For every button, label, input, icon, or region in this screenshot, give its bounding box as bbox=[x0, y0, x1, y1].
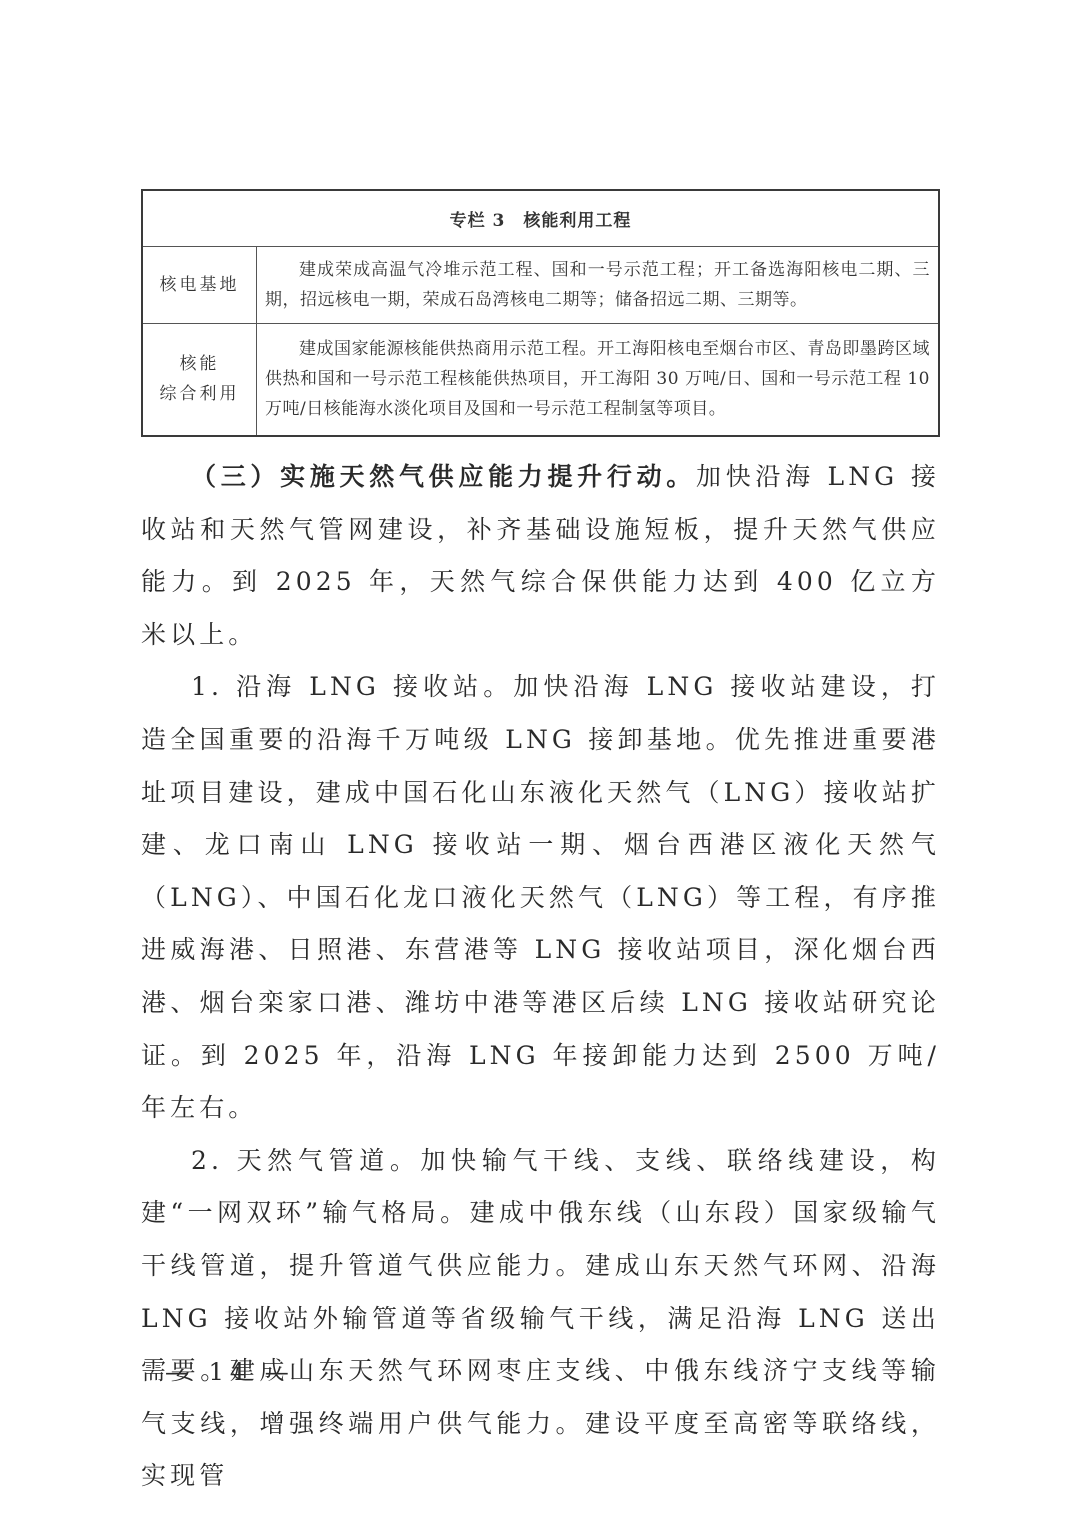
table-row: 核电基地 建成荣成高温气冷堆示范工程、国和一号示范工程；开工备选海阳核电二期、三… bbox=[142, 247, 939, 324]
document-page: 专栏 3核能利用工程 核电基地 建成荣成高温气冷堆示范工程、国和一号示范工程；开… bbox=[0, 0, 1080, 1526]
row-label: 核电基地 bbox=[142, 247, 257, 324]
row-content: 建成荣成高温气冷堆示范工程、国和一号示范工程；开工备选海阳核电二期、三期，招远核… bbox=[257, 247, 940, 324]
row-label-line: 核能 bbox=[143, 349, 256, 379]
row-label-line: 综合利用 bbox=[143, 379, 256, 409]
column-box-nuclear-energy: 专栏 3核能利用工程 核电基地 建成荣成高温气冷堆示范工程、国和一号示范工程；开… bbox=[141, 189, 940, 437]
box-title-prefix: 专栏 3 bbox=[450, 211, 506, 231]
body-text: （三）实施天然气供应能力提升行动。加快沿海 LNG 接收站和天然气管网建设，补齐… bbox=[141, 451, 940, 1503]
item-paragraph: 1. 沿海 LNG 接收站。加快沿海 LNG 接收站建设，打造全国重要的沿海千万… bbox=[141, 661, 940, 1134]
row-label: 核能 综合利用 bbox=[142, 324, 257, 436]
item-paragraph: 2. 天然气管道。加快输气干线、支线、联络线建设，构建“一网双环”输气格局。建成… bbox=[141, 1135, 940, 1503]
row-label-line: 核电基地 bbox=[143, 270, 256, 300]
section-paragraph: （三）实施天然气供应能力提升行动。加快沿海 LNG 接收站和天然气管网建设，补齐… bbox=[141, 451, 940, 661]
box-title-text: 核能利用工程 bbox=[523, 211, 631, 231]
page-number: — 14 — bbox=[165, 1358, 295, 1386]
row-content: 建成国家能源核能供热商用示范工程。开工海阳核电至烟台市区、青岛即墨跨区域供热和国… bbox=[257, 324, 940, 436]
table-row: 核能 综合利用 建成国家能源核能供热商用示范工程。开工海阳核电至烟台市区、青岛即… bbox=[142, 324, 939, 436]
box-title: 专栏 3核能利用工程 bbox=[142, 190, 939, 247]
section-heading: （三）实施天然气供应能力提升行动。 bbox=[191, 462, 696, 491]
